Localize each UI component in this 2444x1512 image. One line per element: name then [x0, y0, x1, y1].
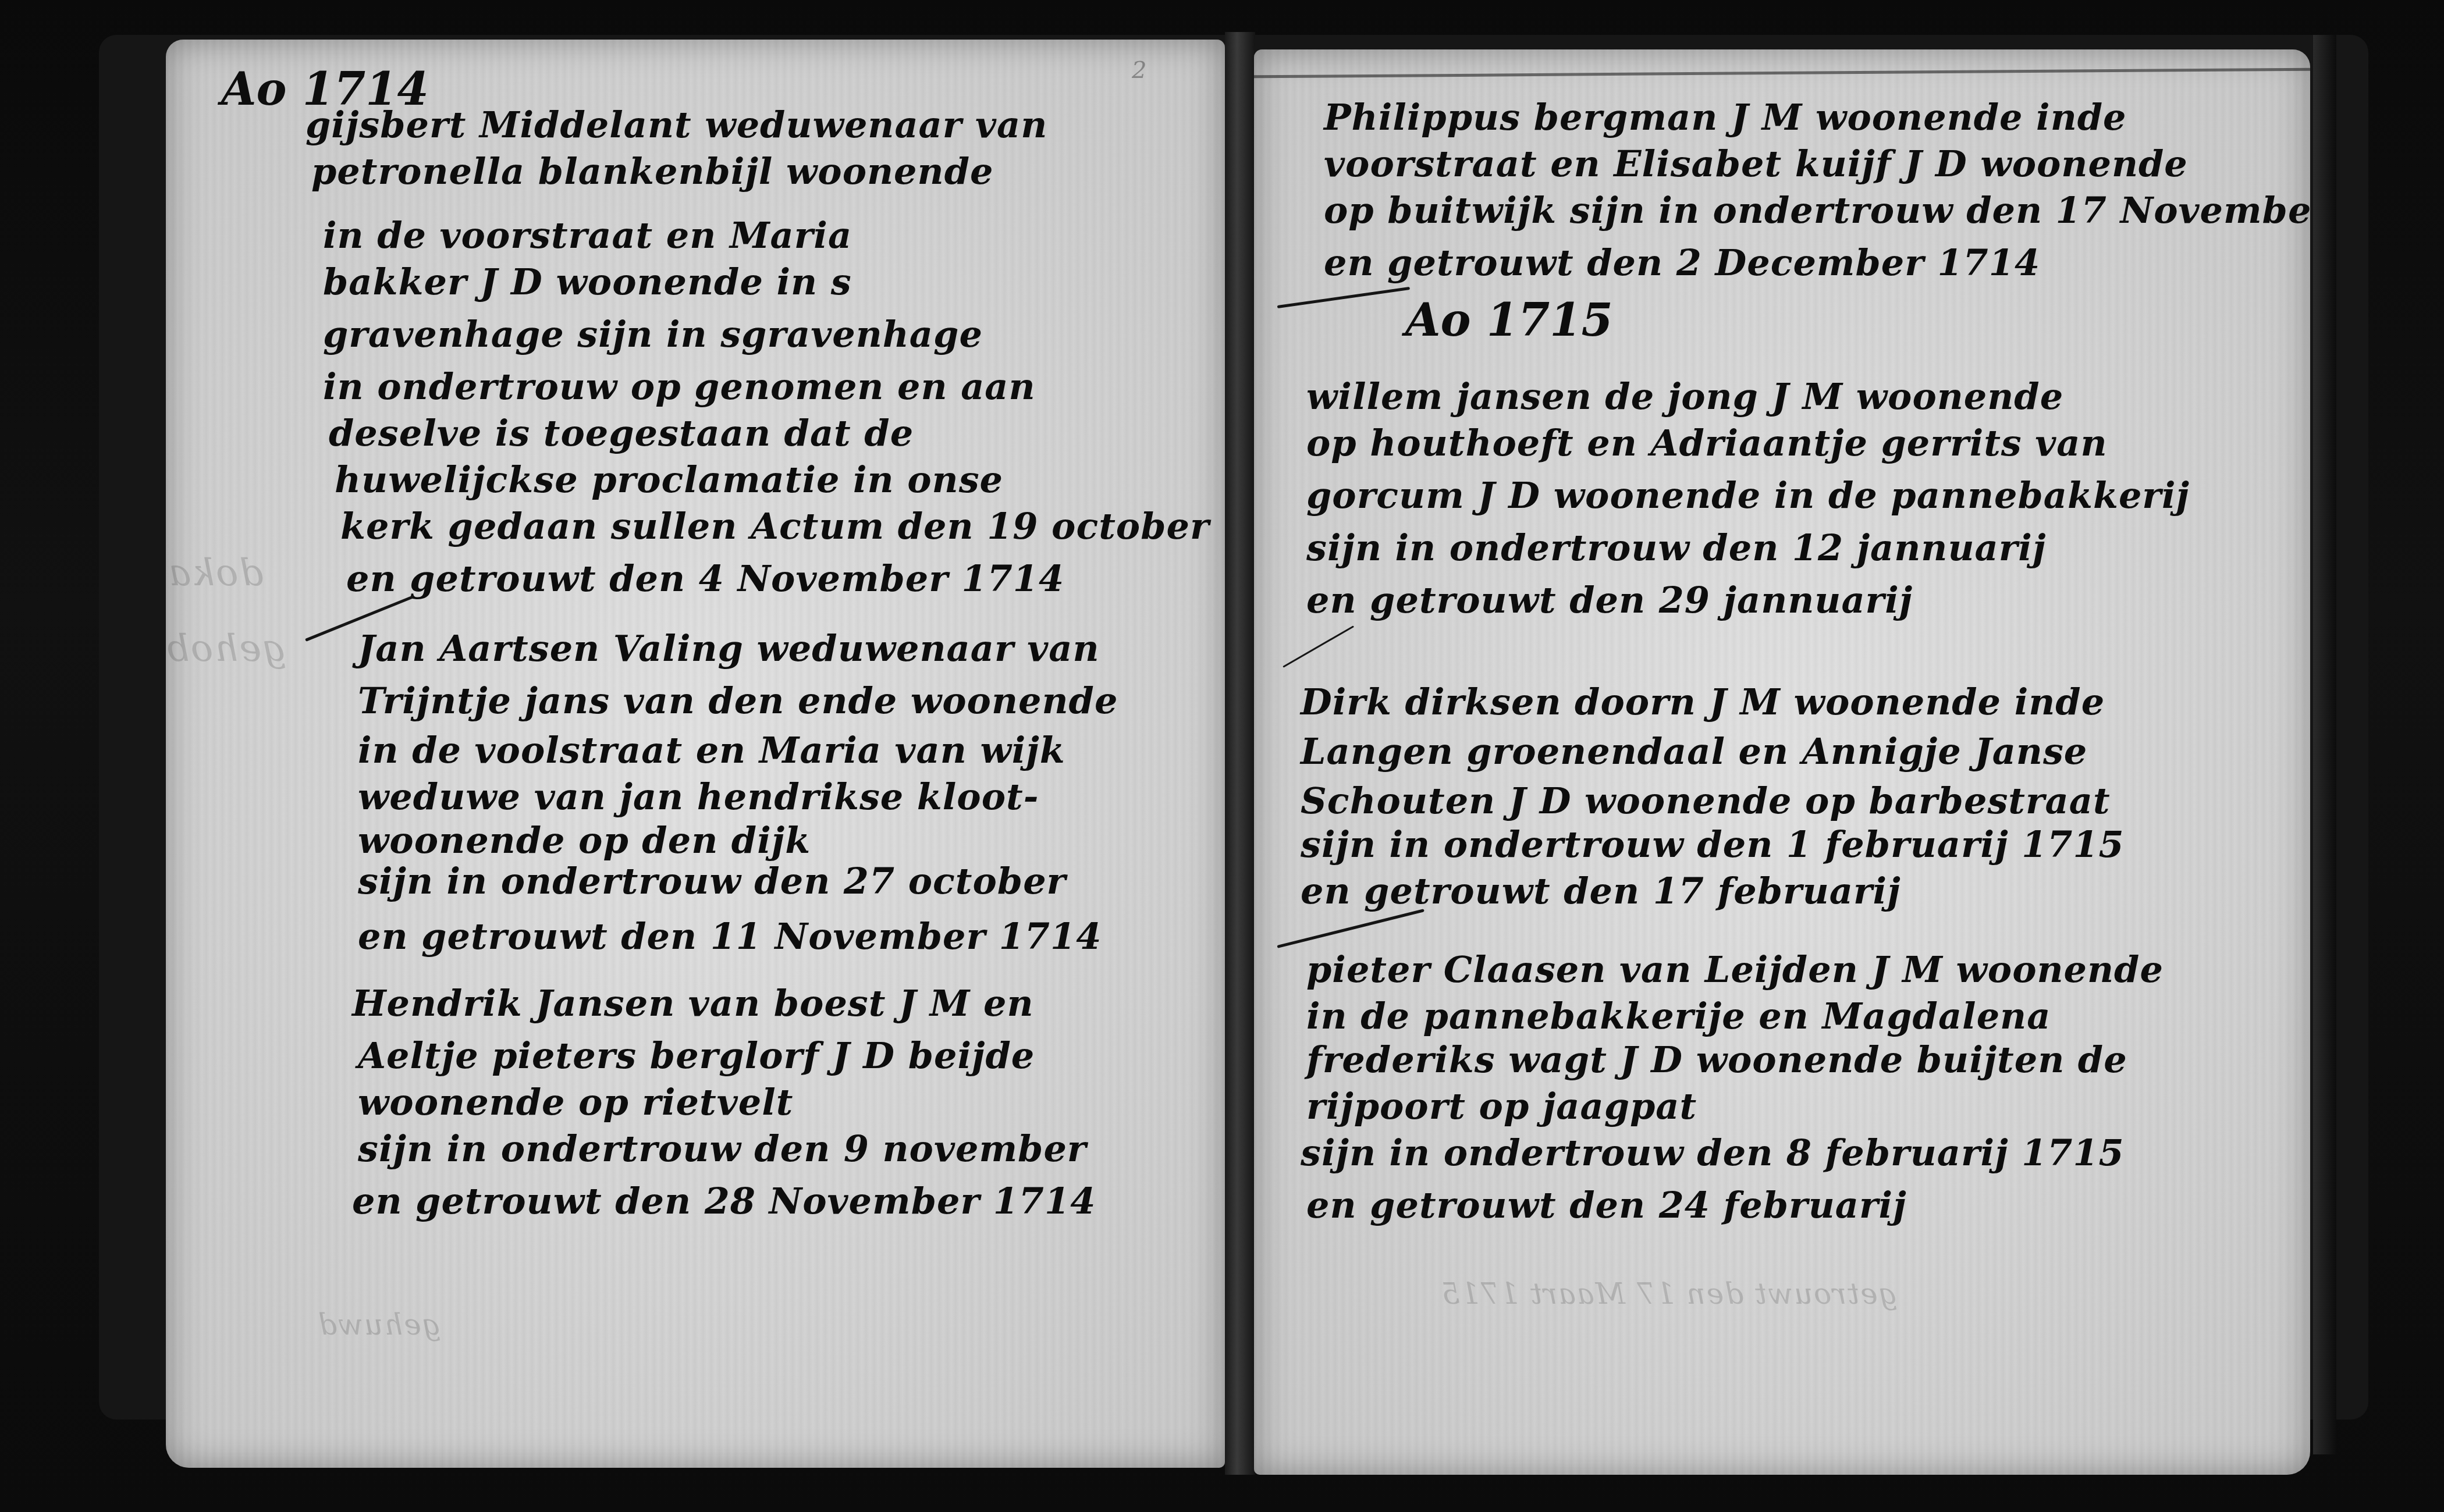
- year-heading: Ao 1715: [1405, 294, 1613, 347]
- bleed-through-text: gehuwd: [317, 1308, 441, 1342]
- right-page: Philippus bergman J M woonende inde voor…: [1254, 49, 2310, 1475]
- entry-line: Hendrik Jansen van boest J M en: [352, 982, 1034, 1024]
- entry-line: en getrouwt den 2 December 1714: [1324, 241, 2040, 284]
- entry-line: Philippus bergman J M woonende inde: [1324, 96, 2127, 138]
- entry-line: petronella blankenbijl woonende: [311, 150, 993, 193]
- entry-line: gravenhage sijn in sgravenhage: [323, 313, 983, 355]
- entry-line: rijpoort op jaagpat: [1306, 1085, 1697, 1127]
- entry-line: huwelijckse proclamatie in onse: [335, 458, 1003, 501]
- entry-line: en getrouwt den 4 November 1714: [346, 557, 1064, 600]
- entry-line: op houthoeft en Adriaantje gerrits van: [1306, 422, 2108, 464]
- entry-line: op buitwijk sijn in ondertrouw den 17 No…: [1324, 189, 2310, 232]
- entry-line: sijn in ondertrouw den 27 october: [358, 860, 1066, 902]
- entry-line: weduwe van jan hendrikse kloot-: [358, 775, 1039, 818]
- left-page: 2 dokap gehobt Ao 1714 gijsbert Middelan…: [166, 40, 1225, 1468]
- book-gutter: [1225, 32, 1255, 1475]
- entry-line: gijsbert Middelant weduwenaar van: [305, 104, 1047, 146]
- entry-line: willem jansen de jong J M woonende: [1306, 375, 2063, 418]
- entry-line: en getrouwt den 28 November 1714: [352, 1180, 1096, 1222]
- bleed-through-text: dokap: [166, 552, 263, 595]
- entry-line: in de pannebakkerije en Magdalena: [1306, 995, 2051, 1037]
- entry-line: bakker J D woonende in s: [323, 261, 852, 303]
- entry-line: pieter Claasen van Leijden J M woonende: [1306, 948, 2164, 991]
- book-right-edge: [2313, 35, 2336, 1454]
- entry-line: Trijntje jans van den ende woonende: [358, 679, 1118, 722]
- entry-line: frederiks wagt J D woonende buijten de: [1306, 1038, 2127, 1081]
- entry-line: Langen groenendaal en Annigje Janse: [1301, 730, 2087, 773]
- entry-line: voorstraat en Elisabet kuijf J D woonend…: [1324, 143, 2188, 185]
- entry-line: Schouten J D woonende op barbestraat: [1301, 780, 2111, 822]
- bleed-through-text: gehobt: [166, 627, 286, 670]
- entry-line: woonende op rietvelt: [358, 1081, 793, 1123]
- entry-line: en getrouwt den 11 November 1714: [358, 915, 1102, 958]
- entry-line: sijn in ondertrouw den 9 november: [358, 1127, 1087, 1170]
- page-number: 2: [1132, 57, 1146, 84]
- entry-line: sijn in ondertrouw den 1 februarij 1715: [1301, 823, 2125, 866]
- entry-line: en getrouwt den 29 jannuarij: [1306, 579, 1913, 621]
- entry-line: Dirk dirksen doorn J M woonende inde: [1301, 681, 2105, 723]
- entry-line: sijn in ondertrouw den 8 februarij 1715: [1301, 1132, 2125, 1174]
- entry-line: in de voorstraat en Maria: [323, 214, 852, 257]
- entry-divider: [1283, 625, 1354, 668]
- entry-line: deselve is toegestaan dat de: [329, 412, 914, 454]
- entry-line: en getrouwt den 24 februarij: [1306, 1184, 1907, 1226]
- entry-line: in ondertrouw op genomen en aan: [323, 365, 1036, 408]
- entry-line: in de voolstraat en Maria van wijk: [358, 729, 1065, 771]
- entry-line: Jan Aartsen Valing weduwenaar van: [358, 627, 1099, 670]
- entry-line: sijn in ondertrouw den 12 jannuarij: [1306, 526, 2046, 569]
- entry-divider: [1277, 287, 1410, 308]
- bleed-through-text: getrouwt den 17 Maart 1715: [1440, 1277, 1898, 1311]
- entry-line: woonende op den dijk: [358, 819, 811, 862]
- entry-line: en getrouwt den 17 februarij: [1301, 870, 1901, 912]
- entry-divider: [1277, 909, 1424, 948]
- page-top-rule: [1254, 68, 2310, 79]
- entry-line: Aeltje pieters berglorf J D beijde: [358, 1034, 1035, 1077]
- entry-line: kerk gedaan sullen Actum den 19 october: [340, 505, 1210, 547]
- entry-line: gorcum J D woonende in de pannebakkerij: [1306, 474, 2190, 517]
